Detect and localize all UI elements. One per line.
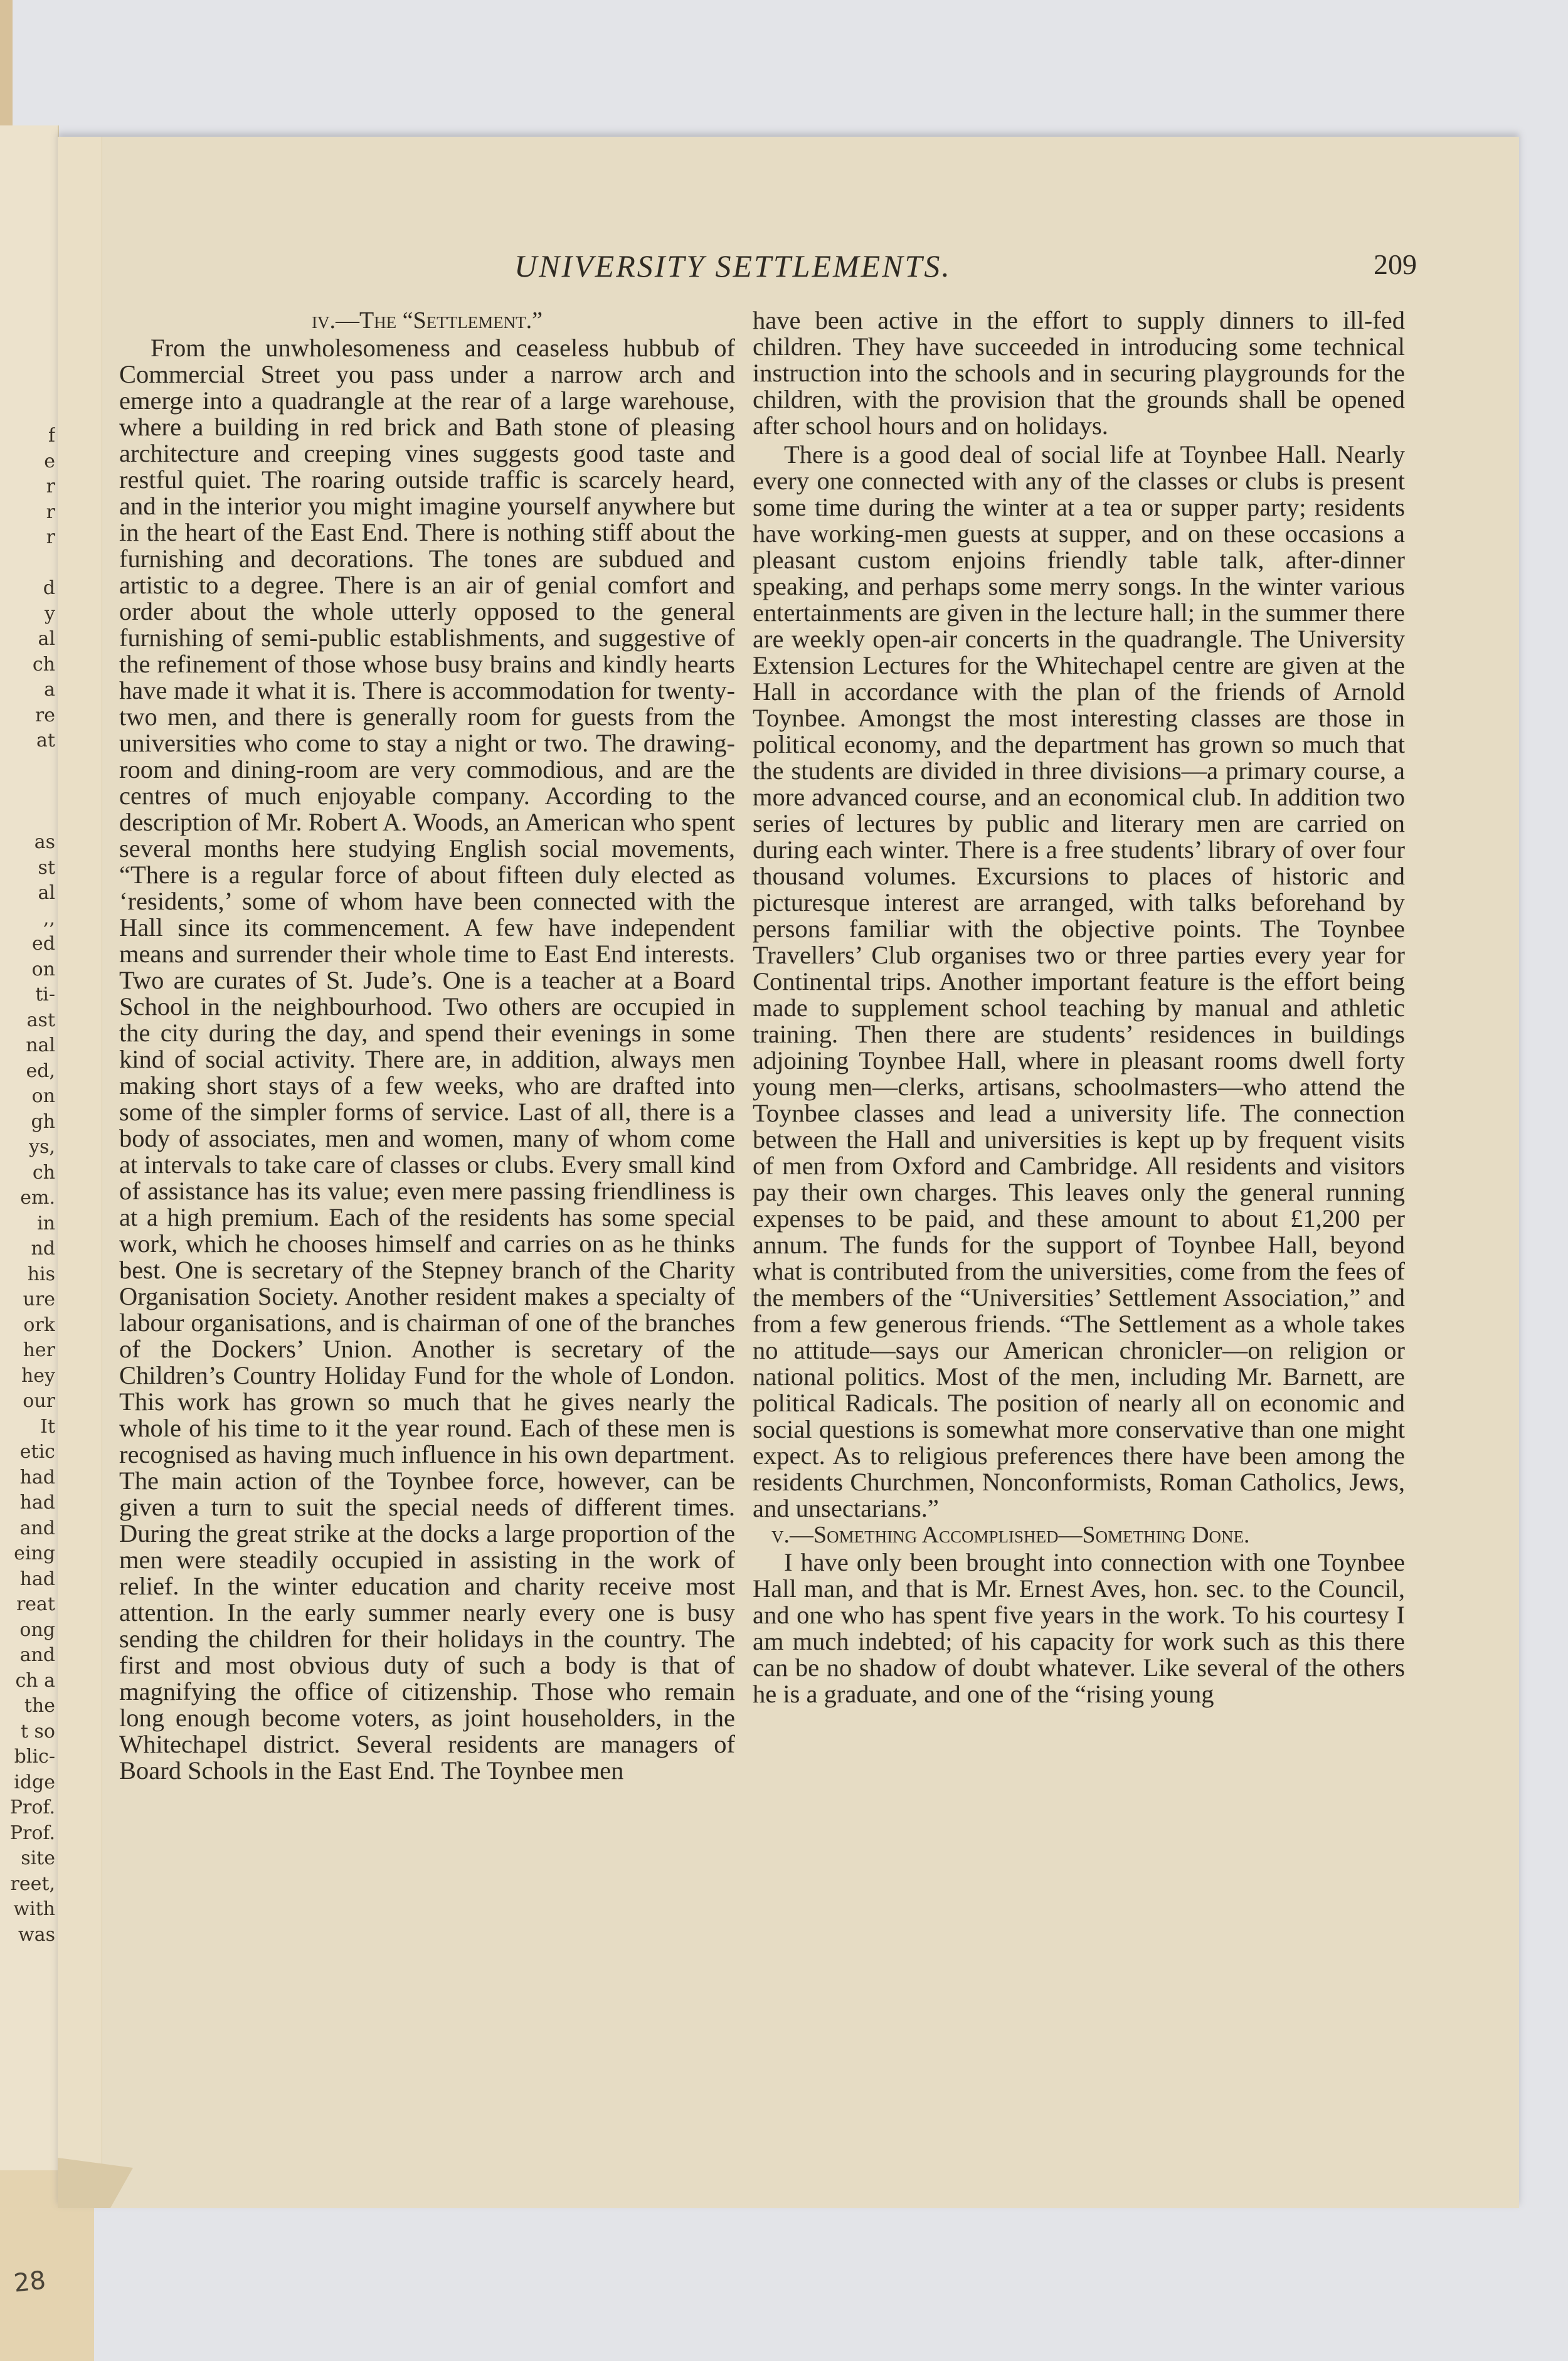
margin-fragment: idge bbox=[0, 1770, 55, 1796]
margin-fragment: was bbox=[0, 1923, 55, 1948]
section-heading-v: v.—Something Accomplished—Something Done… bbox=[753, 1522, 1405, 1548]
margin-fragment: etic bbox=[0, 1440, 55, 1465]
margin-fragment: his bbox=[0, 1262, 55, 1288]
margin-fragment: e bbox=[0, 449, 55, 475]
margin-fragment: her bbox=[0, 1338, 55, 1364]
margin-fragment: f bbox=[0, 423, 55, 449]
margin-fragment: had bbox=[0, 1567, 55, 1593]
margin-fragment: Prof. bbox=[0, 1821, 55, 1847]
margin-fragment: blic- bbox=[0, 1744, 55, 1770]
margin-fragment: re bbox=[0, 703, 55, 729]
margin-fragment: r bbox=[0, 525, 55, 551]
margin-fragment: ure bbox=[0, 1287, 55, 1313]
margin-fragment: It bbox=[0, 1414, 55, 1440]
margin-fragment: nal bbox=[0, 1033, 55, 1059]
margin-fragment: ,, bbox=[0, 906, 55, 932]
margin-fragment: in bbox=[0, 1211, 55, 1237]
margin-fragment: d bbox=[0, 576, 55, 602]
margin-fragment: ti- bbox=[0, 982, 55, 1008]
margin-fragment: had bbox=[0, 1490, 55, 1516]
margin-fragment: reat bbox=[0, 1592, 55, 1618]
margin-fragment: ch bbox=[0, 1160, 55, 1186]
running-head: UNIVERSITY SETTLEMENTS. bbox=[514, 248, 951, 284]
margin-fragment: y bbox=[0, 602, 55, 627]
margin-fragment: Prof. bbox=[0, 1795, 55, 1821]
margin-fragment: our bbox=[0, 1389, 55, 1414]
margin-fragment: ed, bbox=[0, 1059, 55, 1085]
margin-fragment: on bbox=[0, 957, 55, 983]
margin-fragment: r bbox=[0, 500, 55, 526]
margin-fragment: ast bbox=[0, 1008, 55, 1034]
margin-fragment: al bbox=[0, 627, 55, 652]
margin-fragment: site bbox=[0, 1846, 55, 1872]
paragraph: From the unwholesomeness and ceaseless h… bbox=[119, 335, 735, 1784]
margin-fragment: t so bbox=[0, 1719, 55, 1745]
margin-fragment: at bbox=[0, 728, 55, 754]
margin-fragment: the bbox=[0, 1694, 55, 1719]
margin-fragment bbox=[0, 551, 55, 576]
margin-fragment bbox=[0, 779, 55, 805]
margin-fragment: and bbox=[0, 1516, 55, 1542]
margin-fragment: with bbox=[0, 1897, 55, 1923]
gutter-fold bbox=[58, 137, 102, 2208]
margin-fragment: ong bbox=[0, 1618, 55, 1643]
margin-fragment: st bbox=[0, 856, 55, 881]
margin-fragment: had bbox=[0, 1465, 55, 1491]
page-number: 209 bbox=[1374, 248, 1417, 281]
margin-fragment: ch bbox=[0, 652, 55, 678]
margin-fragment: a bbox=[0, 677, 55, 703]
margin-fragment: ys, bbox=[0, 1135, 55, 1160]
margin-fragment: as bbox=[0, 830, 55, 856]
margin-fragment bbox=[0, 805, 55, 830]
margin-fragment: em. bbox=[0, 1186, 55, 1211]
margin-fragment: on bbox=[0, 1084, 55, 1110]
paragraph: There is a good deal of social life at T… bbox=[753, 442, 1405, 1522]
margin-fragment: r bbox=[0, 474, 55, 500]
paragraph-continued: have been active in the effort to supply… bbox=[753, 307, 1405, 439]
left-column: iv.—The “Settlement.” From the unwholeso… bbox=[119, 307, 735, 1784]
margin-fragment: al bbox=[0, 881, 55, 906]
margin-fragment bbox=[0, 754, 55, 780]
margin-fragment: hey bbox=[0, 1364, 55, 1389]
left-margin-fragments: ferrrdyalchareatasstal,,edonti-astnaled,… bbox=[0, 423, 55, 1948]
right-column: have been active in the effort to supply… bbox=[753, 307, 1405, 1707]
margin-fragment: nd bbox=[0, 1236, 55, 1262]
margin-fragment: gh bbox=[0, 1110, 55, 1135]
previous-page-edge: ferrrdyalchareatasstal,,edonti-astnaled,… bbox=[0, 125, 59, 2214]
margin-fragment: and bbox=[0, 1643, 55, 1669]
margin-fragment: ch a bbox=[0, 1669, 55, 1694]
margin-fragment: reet, bbox=[0, 1872, 55, 1897]
margin-fragment: ed bbox=[0, 931, 55, 957]
paragraph: I have only been brought into connection… bbox=[753, 1549, 1405, 1707]
pencil-annotation: 28 bbox=[13, 2266, 47, 2298]
margin-fragment: ork bbox=[0, 1313, 55, 1339]
section-heading-iv: iv.—The “Settlement.” bbox=[119, 307, 735, 334]
margin-fragment: eing bbox=[0, 1541, 55, 1567]
